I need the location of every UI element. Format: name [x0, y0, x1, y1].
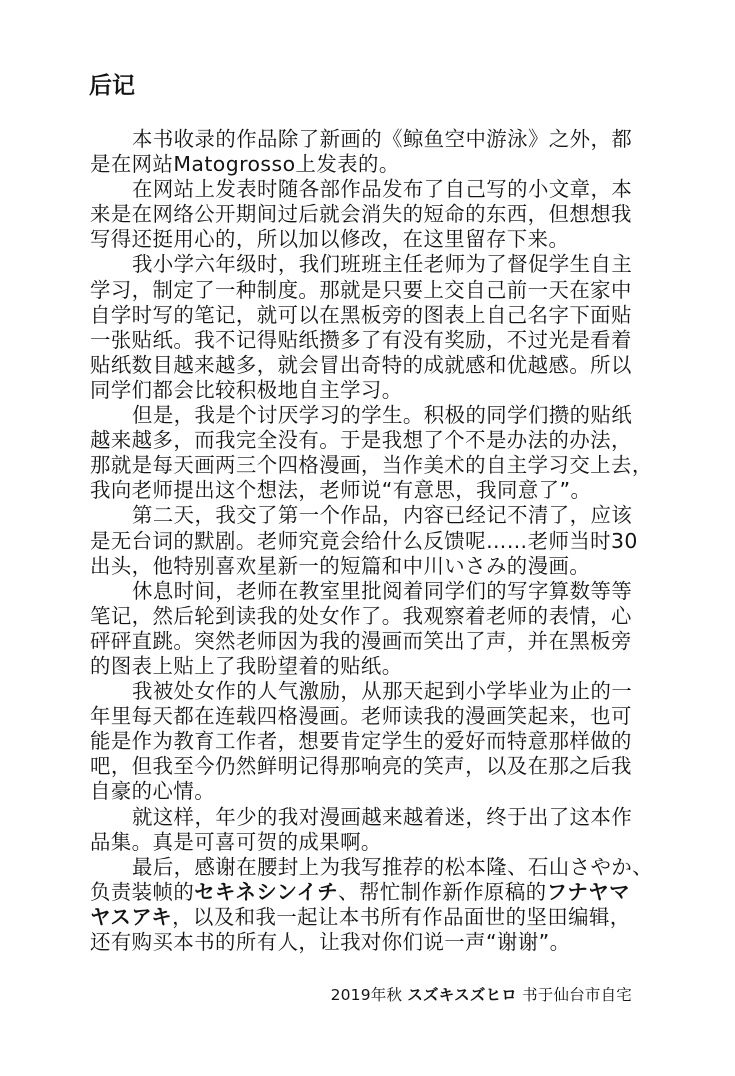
paragraph-line: 来是在网络公开期间过后就会消失的短命的东西，但想想我 [90, 202, 650, 227]
paragraph-line: 那就是每天画两三个四格漫画，当作美术的自主学习交上去， [90, 453, 650, 478]
assistant-name: ヤスアキ [90, 905, 172, 929]
ack-text: 、帮忙制作新作原稿的 [338, 880, 546, 904]
paragraph-first-line: 就这样，年少的我对漫画越来越着迷，终于出了这本作 [90, 805, 650, 830]
paragraph-line: ヤスアキ，以及和我一起让本书所有作品面世的坚田编辑， [90, 905, 650, 930]
signature-date: 2019年秋 [331, 986, 403, 1004]
paragraph-line: 自豪的心情。 [90, 779, 650, 804]
paragraph-first-line: 我小学六年级时，我们班班主任老师为了督促学生自主 [90, 252, 650, 277]
designer-name: セキネシンイチ [194, 880, 338, 904]
paragraph-line: 我向老师提出这个想法，老师说“有意思，我同意了”。 [90, 478, 650, 503]
paragraph-first-line: 第二天，我交了第一个作品，内容已经记不清了，应该 [90, 503, 650, 528]
paragraph-line: 同学们都会比较积极地自主学习。 [90, 378, 650, 403]
paragraph-line: 砰砰直跳。突然老师因为我的漫画而笑出了声，并在黑板旁 [90, 629, 650, 654]
signature-place: 书于仙台市自宅 [522, 986, 632, 1004]
paragraph-first-line: 在网站上发表时随各部作品发布了自己写的小文章，本 [90, 177, 650, 202]
paragraph-first-line: 但是，我是个讨厌学习的学生。积极的同学们攒的贴纸 [90, 403, 650, 428]
afterword-title: 后记 [89, 72, 135, 100]
paragraph-line: 贴纸数目越来越多，就会冒出奇特的成就感和优越感。所以 [90, 353, 650, 378]
ack-text: ，以及和我一起让本书所有作品面世的坚田编辑， [172, 905, 631, 929]
paragraph-line: 年里每天都在连载四格漫画。老师读我的漫画笑起来，也可 [90, 704, 650, 729]
paragraph-line: 是在网站Matogrosso上发表的。 [90, 152, 650, 177]
paragraph-line: 吧，但我至今仍然鲜明记得那响亮的笑声，以及在那之后我 [90, 754, 650, 779]
paragraph-first-line: 休息时间，老师在教室里批阅着同学们的写字算数等等 [90, 579, 650, 604]
afterword-body: 本书收录的作品除了新画的《鲸鱼空中游泳》之外，都是在网站Matogrosso上发… [90, 127, 650, 955]
paragraph-first-line: 最后，感谢在腰封上为我写推荐的松本隆、石山さやか、 [90, 855, 650, 880]
paragraph-line: 的图表上贴上了我盼望着的贴纸。 [90, 654, 650, 679]
paragraph-line: 笔记，然后轮到读我的处女作了。我观察着老师的表情，心 [90, 604, 650, 629]
assistant-name: フナヤマ [547, 880, 630, 904]
paragraph-line: 学习，制定了一种制度。那就是只要上交自己前一天在家中 [90, 278, 650, 303]
paragraph-line: 还有购买本书的所有人，让我对你们说一声“谢谢”。 [90, 930, 650, 955]
paragraph-line: 写得还挺用心的，所以加以修改，在这里留存下来。 [90, 227, 650, 252]
paragraph-line: 一张贴纸。我不记得贴纸攒多了有没有奖励，不过光是看着 [90, 328, 650, 353]
ack-text: 负责装帧的 [90, 880, 194, 904]
paragraph-line: 负责装帧的セキネシンイチ、帮忙制作新作原稿的フナヤマ [90, 880, 650, 905]
signature: 2019年秋 スズキスズヒロ 书于仙台市自宅 [331, 985, 632, 1005]
paragraph-line: 越来越多，而我完全没有。于是我想了个不是办法的办法， [90, 428, 650, 453]
paragraph-line: 品集。真是可喜可贺的成果啊。 [90, 830, 650, 855]
paragraph-line: 是无台词的默剧。老师究竟会给什么反馈呢……老师当时30 [90, 529, 650, 554]
paragraph-first-line: 本书收录的作品除了新画的《鲸鱼空中游泳》之外，都 [90, 127, 650, 152]
paragraph-first-line: 我被处女作的人气激励，从那天起到小学毕业为止的一 [90, 679, 650, 704]
paragraph-line: 能是作为教育工作者，想要肯定学生的爱好而特意那样做的 [90, 729, 650, 754]
paragraph-line: 出头，他特别喜欢星新一的短篇和中川いさみ的漫画。 [90, 554, 650, 579]
signature-author: スズキスズヒロ [407, 986, 517, 1004]
paragraph-line: 自学时写的笔记，就可以在黑板旁的图表上自己名字下面贴 [90, 303, 650, 328]
